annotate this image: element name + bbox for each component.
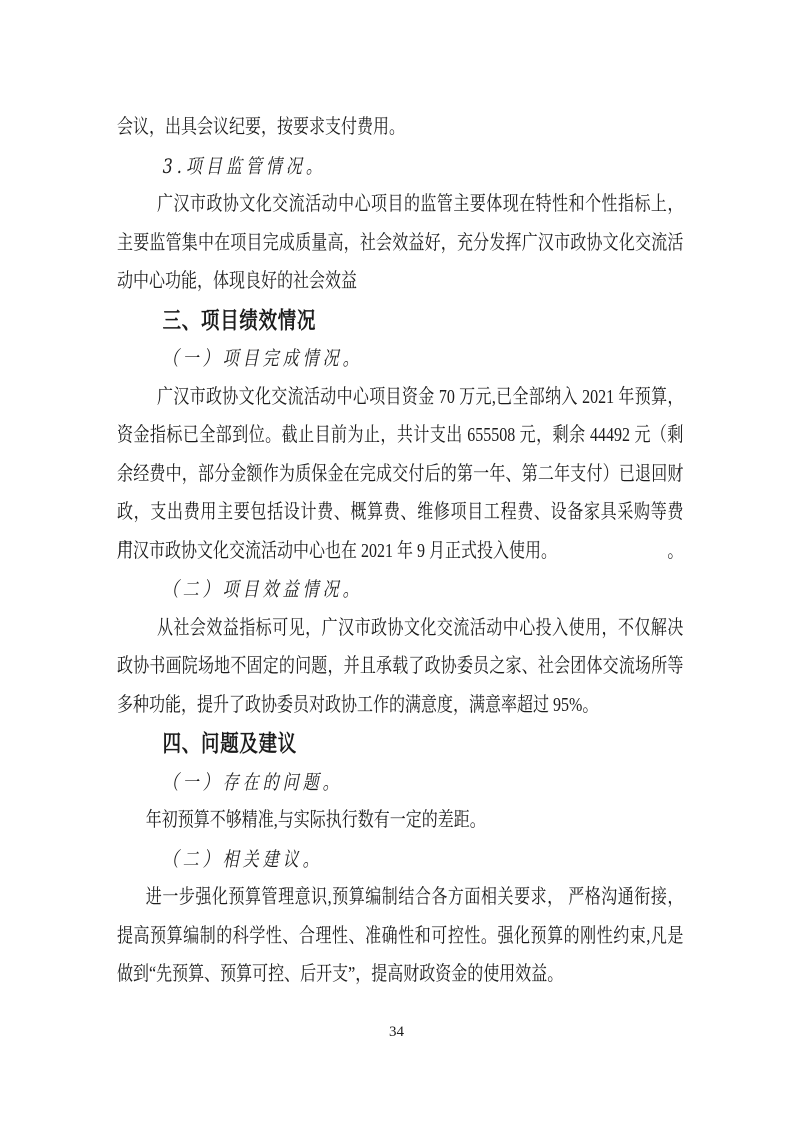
paragraph-line: 提高预算编制的科学性、合理性、准确性和可控性。强化预算的刚性约束,凡是 bbox=[117, 917, 683, 956]
paragraph-line: 做到“先预算、预算可控、后开支”，提高财政资金的使用效益。 bbox=[117, 955, 683, 994]
paragraph-line: 进一步强化预算管理意识,预算编制结合各方面相关要求， 严格沟通衔接， bbox=[117, 878, 683, 917]
paragraph-line: 政协书画院场地不固定的问题，并且承载了政协委员之家、社会团体交流场所等 bbox=[117, 647, 683, 686]
paragraph-line: 年初预算不够精准,与实际执行数有一定的差距。 bbox=[117, 801, 683, 840]
section-heading: 三、项目绩效情况 bbox=[117, 301, 683, 340]
sub-heading: （一）存在的问题。 bbox=[117, 763, 683, 802]
paragraph-line: 会议，出具会议纪要，按要求支付费用。 bbox=[117, 108, 683, 147]
paragraph-line: 资金指标已全部到位。截止目前为止，共计支出 655508 元，剩余 44492 … bbox=[117, 416, 683, 455]
paragraph-line: 从社会效益指标可见，广汉市政协文化交流活动中心投入使用，不仅解决 bbox=[117, 609, 683, 648]
paragraph-line: 多种功能，提升了政协委员对政协工作的满意度，满意率超过 95%。 bbox=[117, 686, 683, 725]
document-body: 会议，出具会议纪要，按要求支付费用。3.项目监管情况。广汉市政协文化交流活动中心… bbox=[117, 108, 683, 994]
sub-heading: （二）相关建议。 bbox=[117, 840, 683, 879]
sub-heading: （一）项目完成情况。 bbox=[117, 339, 683, 378]
sub-heading: 3.项目监管情况。 bbox=[117, 147, 683, 186]
paragraph-line: 广汉市政协文化交流活动中心项目的监管主要体现在特性和个性指标上， bbox=[117, 185, 683, 224]
document-page: 会议，出具会议纪要，按要求支付费用。3.项目监管情况。广汉市政协文化交流活动中心… bbox=[0, 0, 793, 1122]
paragraph-line: 余经费中，部分金额作为质保金在完成交付后的第一年、第二年支付）已退回财 bbox=[117, 455, 683, 494]
paragraph-line: 主要监管集中在项目完成质量高，社会效益好，充分发挥广汉市政协文化交流活 bbox=[117, 224, 683, 263]
page-number: 34 bbox=[0, 1022, 793, 1042]
paragraph-line: 广汉市政协文化交流活动中心项目资金 70 万元,已全部纳入 2021 年预算， bbox=[117, 378, 683, 417]
sub-heading: （二）项目效益情况。 bbox=[117, 570, 683, 609]
paragraph-line: 动中心功能，体现良好的社会效益 bbox=[117, 262, 683, 301]
section-heading: 四、问题及建议 bbox=[117, 724, 683, 763]
paragraph-line: 政，支出费用主要包括设计费、概算费、维修项目工程费、设备家具采购等费用。 bbox=[117, 493, 683, 532]
